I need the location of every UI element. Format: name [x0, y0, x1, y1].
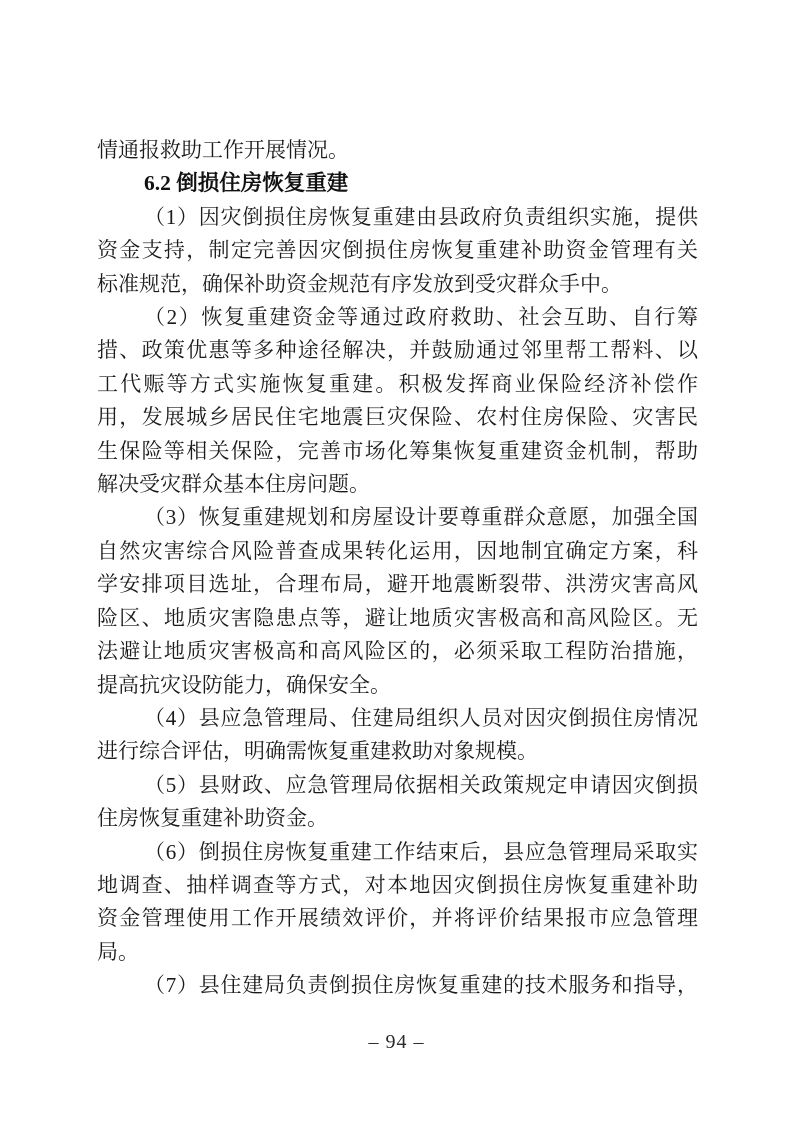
- paragraph-line: 措、政策优惠等多种途径解决，并鼓励通过邻里帮工帮料、以: [97, 334, 698, 367]
- paragraph-line: 险区、地质灾害隐患点等，避让地质灾害极高和高风险区。无: [97, 602, 698, 635]
- paragraph-3: （3）恢复重建规划和房屋设计要尊重群众意愿，加强全国 自然灾害综合风险普查成果转…: [97, 501, 698, 701]
- section-heading: 6.2 倒损住房恢复重建: [97, 167, 698, 200]
- paragraph-line: 学安排项目选址，合理布局，避开地震断裂带、洪涝灾害高风: [97, 568, 698, 601]
- text-block: 情通报救助工作开展情况。 6.2 倒损住房恢复重建 （1）因灾倒损住房恢复重建由…: [97, 134, 698, 1003]
- paragraph-line: 法避让地质灾害极高和高风险区的，必须采取工程防治措施，: [97, 635, 698, 668]
- paragraph-line: （2）恢复重建资金等通过政府救助、社会互助、自行筹: [97, 301, 698, 334]
- paragraph-line: 生保险等相关保险，完善市场化筹集恢复重建资金机制，帮助: [97, 435, 698, 468]
- paragraph-line: （6）倒损住房恢复重建工作结束后，县应急管理局采取实: [97, 836, 698, 869]
- paragraph-line: 局。: [97, 936, 698, 969]
- paragraph-line: 进行综合评估，明确需恢复重建救助对象规模。: [97, 735, 698, 768]
- paragraph-line: 解决受灾群众基本住房问题。: [97, 468, 698, 501]
- paragraph-line: （4）县应急管理局、住建局组织人员对因灾倒损住房情况: [97, 702, 698, 735]
- paragraph-7: （7）县住建局负责倒损住房恢复重建的技术服务和指导，: [97, 969, 698, 1002]
- paragraph-1: （1）因灾倒损住房恢复重建由县政府负责组织实施，提供 资金支持，制定完善因灾倒损…: [97, 201, 698, 301]
- paragraph-line: 地调查、抽样调查等方式，对本地因灾倒损住房恢复重建补助: [97, 869, 698, 902]
- paragraph-line: 资金支持，制定完善因灾倒损住房恢复重建补助资金管理有关: [97, 234, 698, 267]
- paragraph-2: （2）恢复重建资金等通过政府救助、社会互助、自行筹 措、政策优惠等多种途径解决，…: [97, 301, 698, 501]
- page-footer: – 94 –: [0, 1030, 793, 1054]
- paragraph-line: （1）因灾倒损住房恢复重建由县政府负责组织实施，提供: [97, 201, 698, 234]
- paragraph-line: （5）县财政、应急管理局依据相关政策规定申请因灾倒损: [97, 769, 698, 802]
- paragraph-line: （7）县住建局负责倒损住房恢复重建的技术服务和指导，: [97, 969, 698, 1002]
- paragraph-line: （3）恢复重建规划和房屋设计要尊重群众意愿，加强全国: [97, 501, 698, 534]
- paragraph-line: 工代赈等方式实施恢复重建。积极发挥商业保险经济补偿作: [97, 368, 698, 401]
- paragraph-4: （4）县应急管理局、住建局组织人员对因灾倒损住房情况 进行综合评估，明确需恢复重…: [97, 702, 698, 769]
- paragraph-5: （5）县财政、应急管理局依据相关政策规定申请因灾倒损 住房恢复重建补助资金。: [97, 769, 698, 836]
- paragraph-line: 用，发展城乡居民住宅地震巨灾保险、农村住房保险、灾害民: [97, 401, 698, 434]
- document-page: 情通报救助工作开展情况。 6.2 倒损住房恢复重建 （1）因灾倒损住房恢复重建由…: [0, 0, 793, 1122]
- paragraph-line: 自然灾害综合风险普查成果转化运用，因地制宜确定方案，科: [97, 535, 698, 568]
- paragraph-line: 提高抗灾设防能力，确保安全。: [97, 669, 698, 702]
- paragraph-line: 住房恢复重建补助资金。: [97, 802, 698, 835]
- paragraph-line: 资金管理使用工作开展绩效评价，并将评价结果报市应急管理: [97, 902, 698, 935]
- paragraph-6: （6）倒损住房恢复重建工作结束后，县应急管理局采取实 地调查、抽样调查等方式，对…: [97, 836, 698, 970]
- continuation-line: 情通报救助工作开展情况。: [97, 134, 698, 167]
- page-number: – 94 –: [369, 1031, 425, 1053]
- paragraph-line: 标准规范，确保补助资金规范有序发放到受灾群众手中。: [97, 268, 698, 301]
